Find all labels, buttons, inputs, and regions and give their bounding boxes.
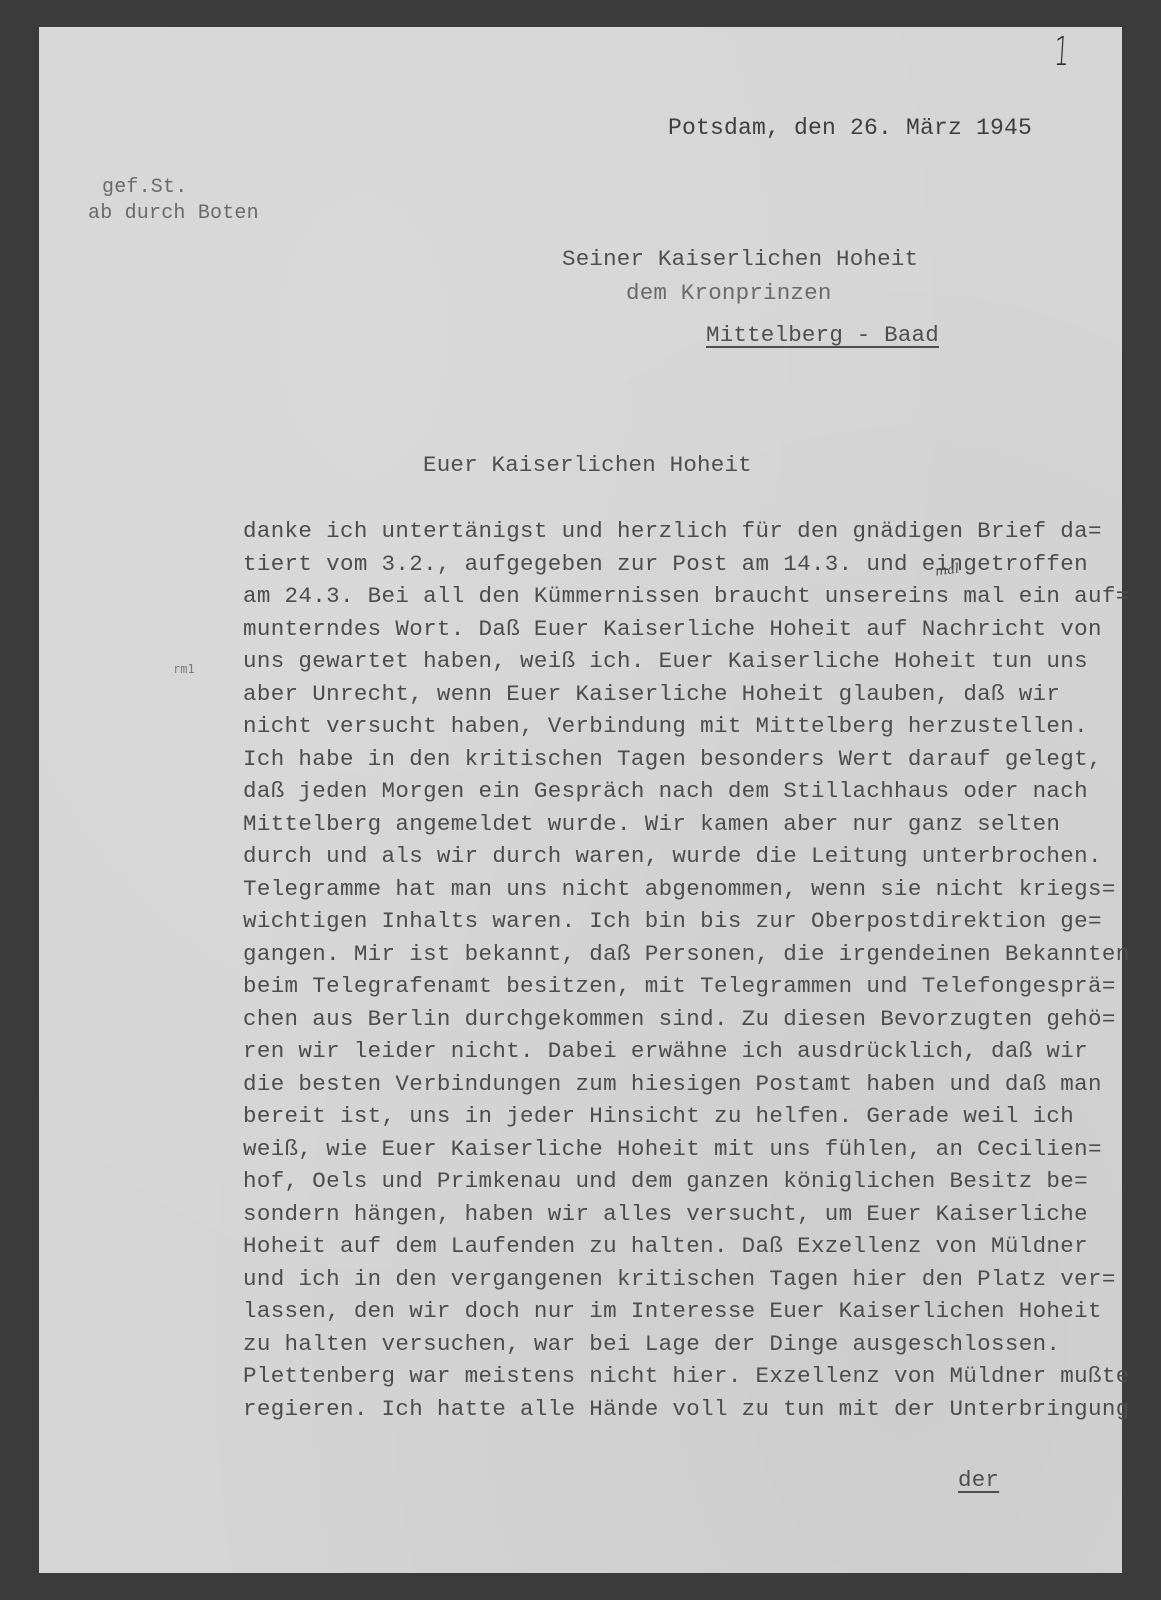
addressee-line-2: dem Kronprinzen [626,282,832,305]
catchword: der [958,1469,999,1492]
body-line: durch und als wir durch waren, wurde die… [243,845,1102,868]
body-line: beim Telegrafenamt besitzen, mit Telegra… [243,975,1116,998]
body-line: regieren. Ich hatte alle Hände voll zu t… [243,1398,1130,1421]
margin-mark: rm1 [173,662,195,676]
body-line: aber Unrecht, wenn Euer Kaiserliche Hohe… [243,683,1060,706]
body-line: Hoheit auf dem Laufenden zu halten. Daß … [243,1235,1088,1258]
body-line: lassen, den wir doch nur im Interesse Eu… [243,1300,1102,1323]
addressee-line-1: Seiner Kaiserlichen Hoheit [562,248,918,271]
place-and-date: Potsdam, den 26. März 1945 [668,117,1032,140]
filing-note-line-1: gef.St. [102,178,187,198]
body-line: Plettenberg war meistens nicht hier. Exz… [243,1365,1130,1388]
body-line: munterndes Wort. Daß Euer Kaiserliche Ho… [243,618,1102,641]
letter-page: 1 Potsdam, den 26. März 1945 gef.St. ab … [39,27,1122,1573]
filing-note-line-2: ab durch Boten [88,204,259,224]
body-line: ren wir leider nicht. Dabei erwähne ich … [243,1040,1088,1063]
body-line: tiert vom 3.2., aufgegeben zur Post am 1… [243,553,1088,576]
salutation: Euer Kaiserlichen Hoheit [423,454,752,477]
body-line: uns gewartet haben, weiß ich. Euer Kaise… [243,650,1088,673]
body-line: Telegramme hat man uns nicht abgenommen,… [243,878,1116,901]
body-line: und ich in den vergangenen kritischen Ta… [243,1268,1116,1291]
body-line: gangen. Mir ist bekannt, daß Personen, d… [243,943,1130,966]
body-line: hof, Oels und Primkenau und dem ganzen k… [243,1170,1088,1193]
body-line: die besten Verbindungen zum hiesigen Pos… [243,1073,1102,1096]
addressee-line-3: Mittelberg - Baad [706,324,939,347]
body-line: weiß, wie Euer Kaiserliche Hoheit mit un… [243,1138,1102,1161]
body-line: am 24.3. Bei all den Kümmernissen brauch… [243,585,1130,608]
body-line: Ich habe in den kritischen Tagen besonde… [243,748,1102,771]
body-line: Mittelberg angemeldet wurde. Wir kamen a… [243,813,1060,836]
body-line: zu halten versuchen, war bei Lage der Di… [243,1333,1060,1356]
body-line: daß jeden Morgen ein Gespräch nach dem S… [243,780,1088,803]
body-line: chen aus Berlin durchgekommen sind. Zu d… [243,1008,1116,1031]
body-line: wichtigen Inhalts waren. Ich bin bis zur… [243,910,1102,933]
body-line: bereit ist, uns in jeder Hinsicht zu hel… [243,1105,1074,1128]
page-number: 1 [1053,29,1071,75]
body-line: danke ich untertänigst und herzlich für … [243,520,1102,543]
body-line: nicht versucht haben, Verbindung mit Mit… [243,715,1088,738]
body-line: sondern hängen, haben wir alles versucht… [243,1203,1088,1226]
